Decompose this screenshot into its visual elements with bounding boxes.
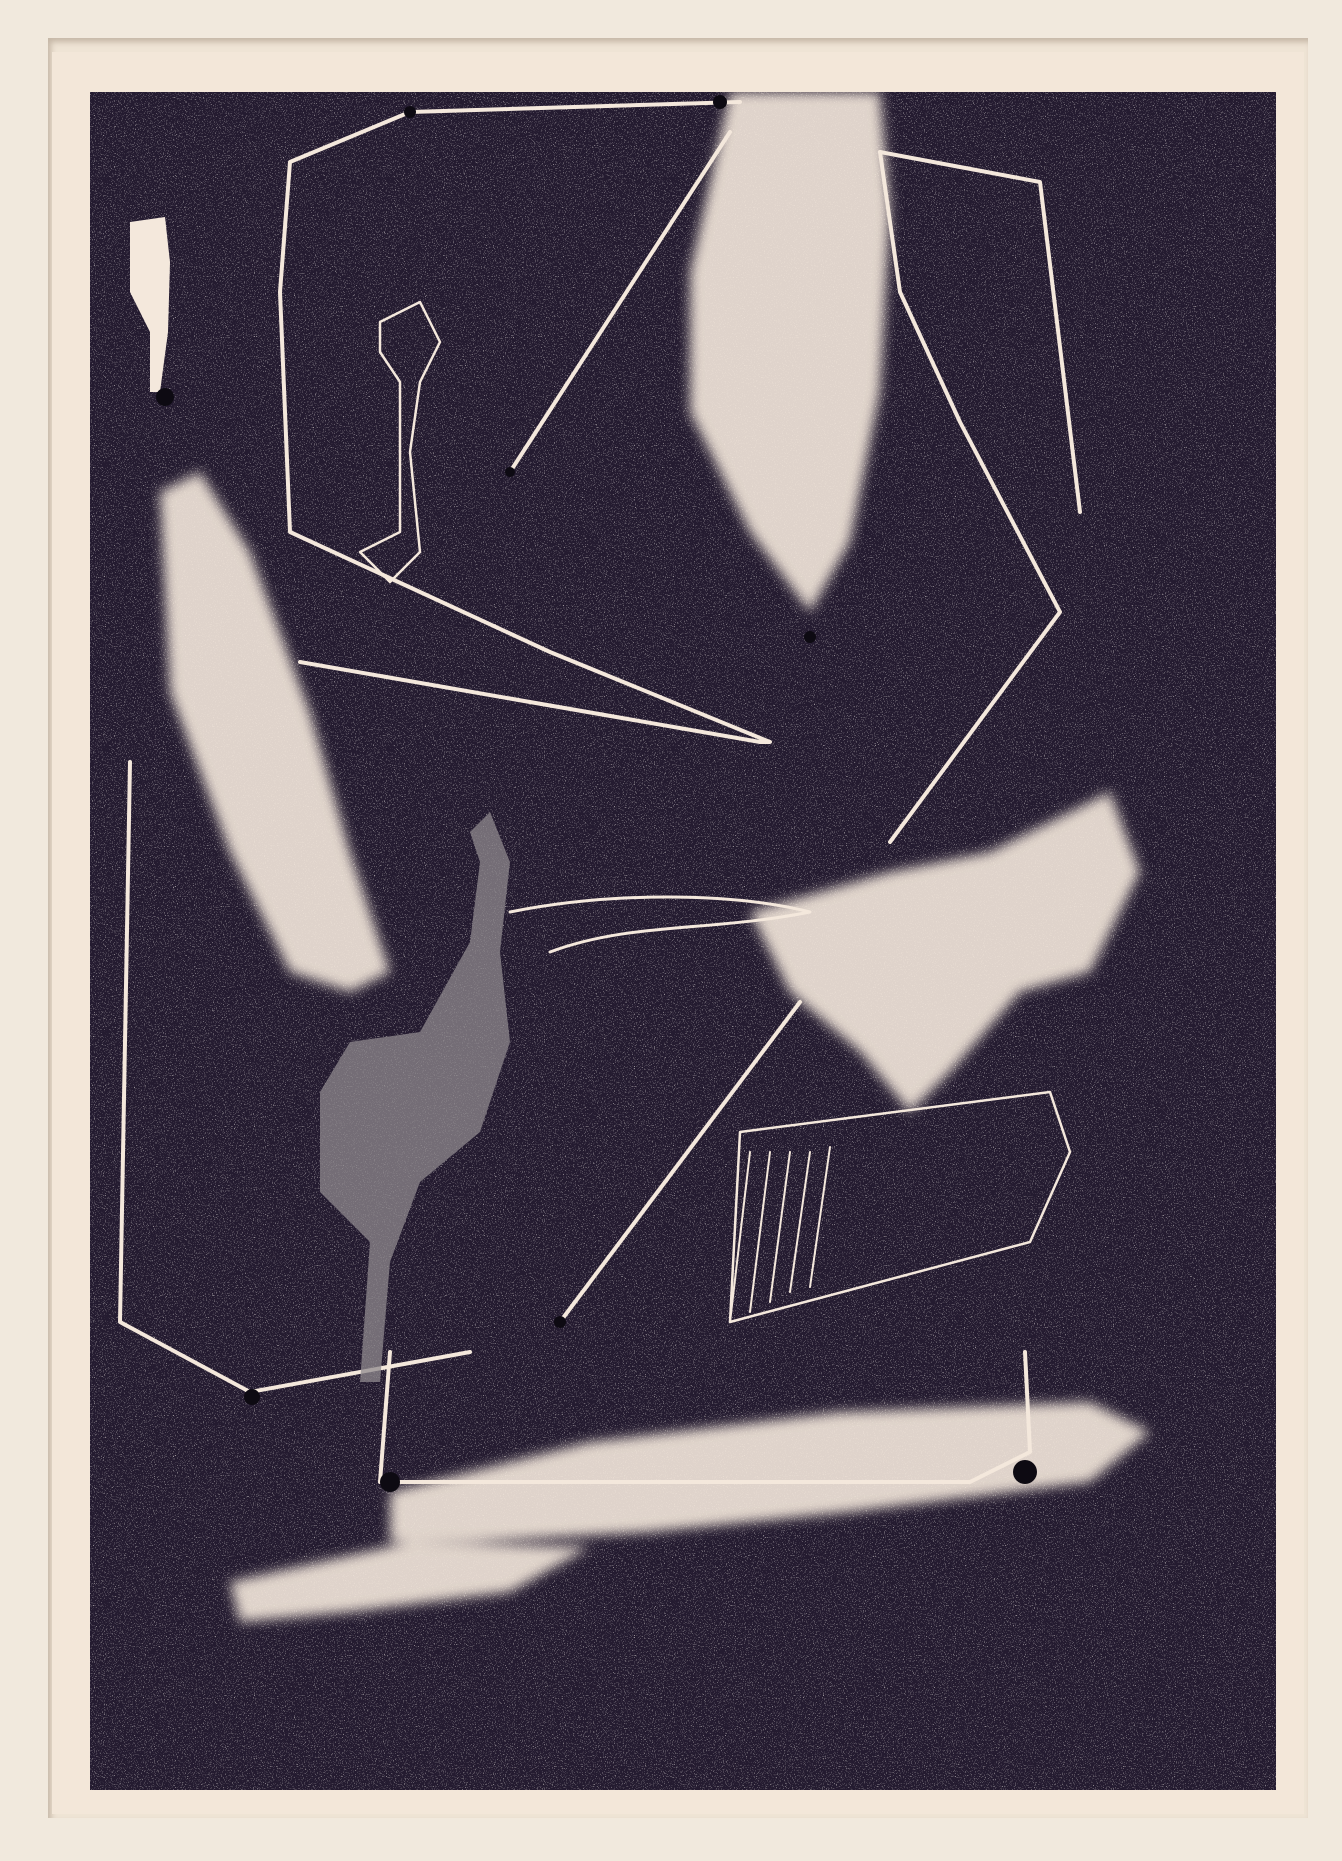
artwork-image [90,92,1276,1790]
picture-frame [0,0,1342,1861]
artwork-print [90,92,1276,1790]
